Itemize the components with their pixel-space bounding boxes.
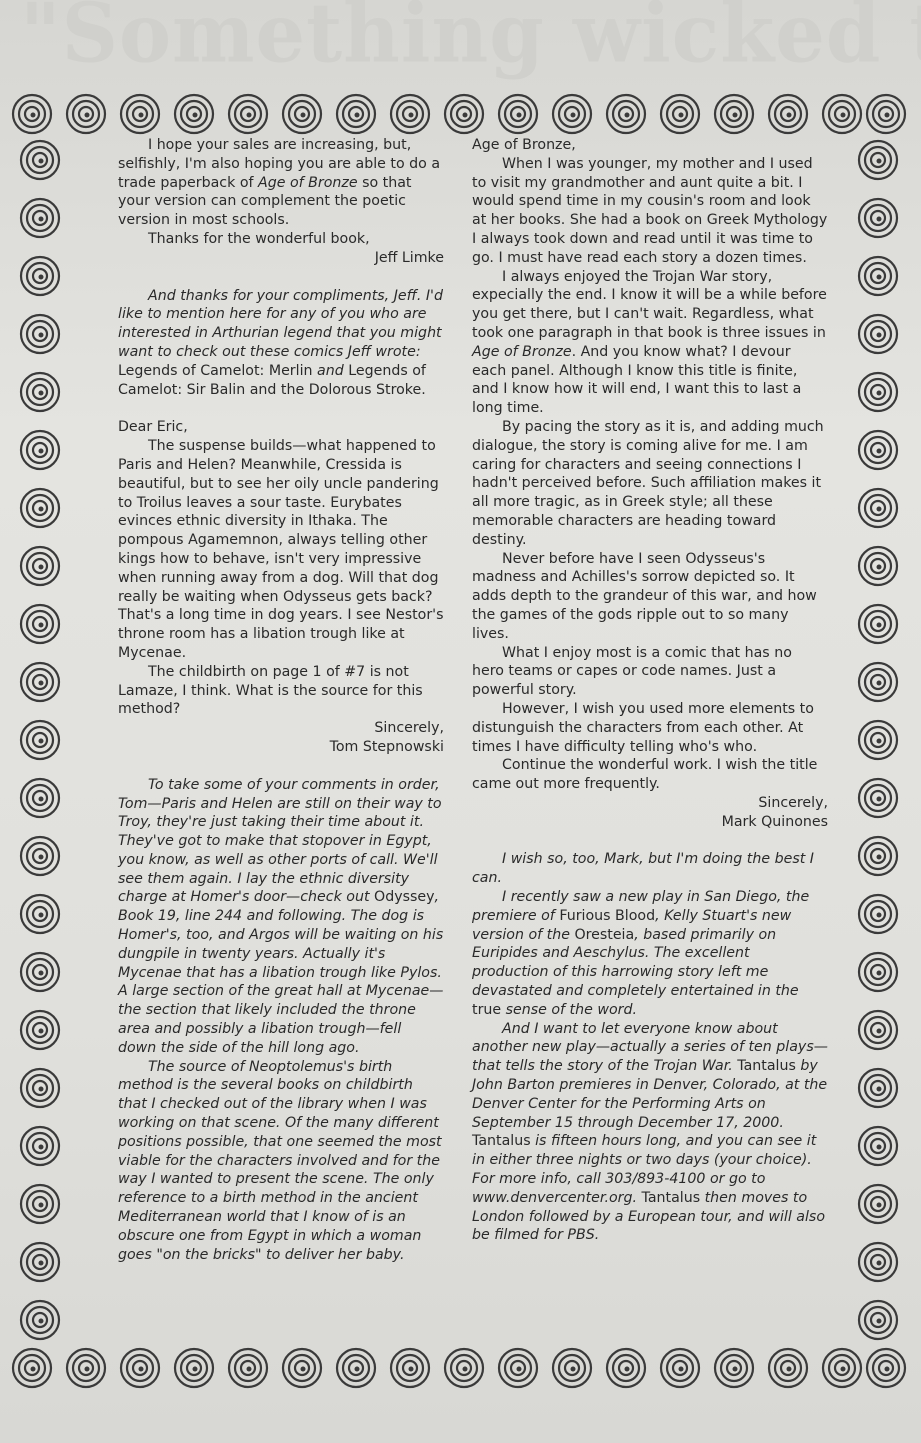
letter-paragraph: I hope your sales are increasing, but, s… — [118, 136, 444, 230]
reply-paragraph: I recently saw a new play in San Diego, … — [472, 888, 828, 1020]
reply-paragraph: To take some of your comments in order, … — [118, 776, 444, 1058]
book-title: Odyssey — [374, 889, 434, 905]
letter-mark-quinones: Age of Bronze, When I was younger, my mo… — [472, 136, 828, 831]
left-column: I hope your sales are increasing, but, s… — [118, 136, 444, 1264]
background-title: "Something wicked this way comes" — [20, 0, 920, 81]
play-title: Oresteia — [574, 927, 634, 943]
closing: Sincerely, — [118, 719, 444, 738]
letter-tom-stepnowski: Dear Eric, The suspense builds—what happ… — [118, 418, 444, 756]
letter-paragraph: Continue the wonderful work. I wish the … — [472, 756, 828, 794]
letter-paragraph: When I was younger, my mother and I used… — [472, 155, 828, 268]
spiral-border-bottom-icon — [0, 1338, 921, 1402]
book-title: Age of Bronze — [472, 344, 572, 360]
spiral-border-left-icon — [10, 120, 70, 1360]
letter-paragraph: I always enjoyed the Trojan War story, e… — [472, 268, 828, 418]
signature: Jeff Limke — [118, 249, 444, 268]
letter-paragraph: The childbirth on page 1 of #7 is not La… — [118, 663, 444, 719]
letter-paragraph: The suspense builds—what happened to Par… — [118, 437, 444, 663]
signature: Tom Stepnowski — [118, 738, 444, 757]
closing: Sincerely, — [472, 794, 828, 813]
letter-paragraph: Thanks for the wonderful book, — [118, 230, 444, 249]
letter-jeff-limke: I hope your sales are increasing, but, s… — [118, 136, 444, 268]
right-column: Age of Bronze, When I was younger, my mo… — [472, 136, 828, 1245]
editor-reply: I wish so, too, Mark, but I'm doing the … — [472, 850, 828, 1245]
editor-reply: To take some of your comments in order, … — [118, 776, 444, 1265]
signature: Mark Quinones — [472, 813, 828, 832]
letter-paragraph: Never before have I seen Odysseus's madn… — [472, 550, 828, 644]
reply-paragraph: I wish so, too, Mark, but I'm doing the … — [472, 850, 828, 888]
letter-paragraph: However, I wish you used more elements t… — [472, 700, 828, 756]
reply-paragraph: The source of Neoptolemus's birth method… — [118, 1058, 444, 1265]
comic-title: Legends of Camelot: Merlin — [118, 363, 313, 379]
letter-paragraph: What I enjoy most is a comic that has no… — [472, 644, 828, 700]
reply-paragraph: And thanks for your compliments, Jeff. I… — [118, 287, 444, 400]
play-title: Tantalus — [472, 1133, 531, 1149]
play-title: Tantalus — [642, 1190, 701, 1206]
salutation: Age of Bronze, — [472, 136, 828, 155]
play-title: Furious Blood — [559, 908, 655, 924]
letter-paragraph: By pacing the story as it is, and adding… — [472, 418, 828, 550]
editor-reply: And thanks for your compliments, Jeff. I… — [118, 287, 444, 400]
play-title: Tantalus — [737, 1058, 796, 1074]
spiral-border-right-icon — [848, 120, 908, 1360]
salutation: Dear Eric, — [118, 418, 444, 437]
book-title: Age of Bronze — [258, 175, 358, 191]
reply-paragraph: And I want to let everyone know about an… — [472, 1020, 828, 1246]
